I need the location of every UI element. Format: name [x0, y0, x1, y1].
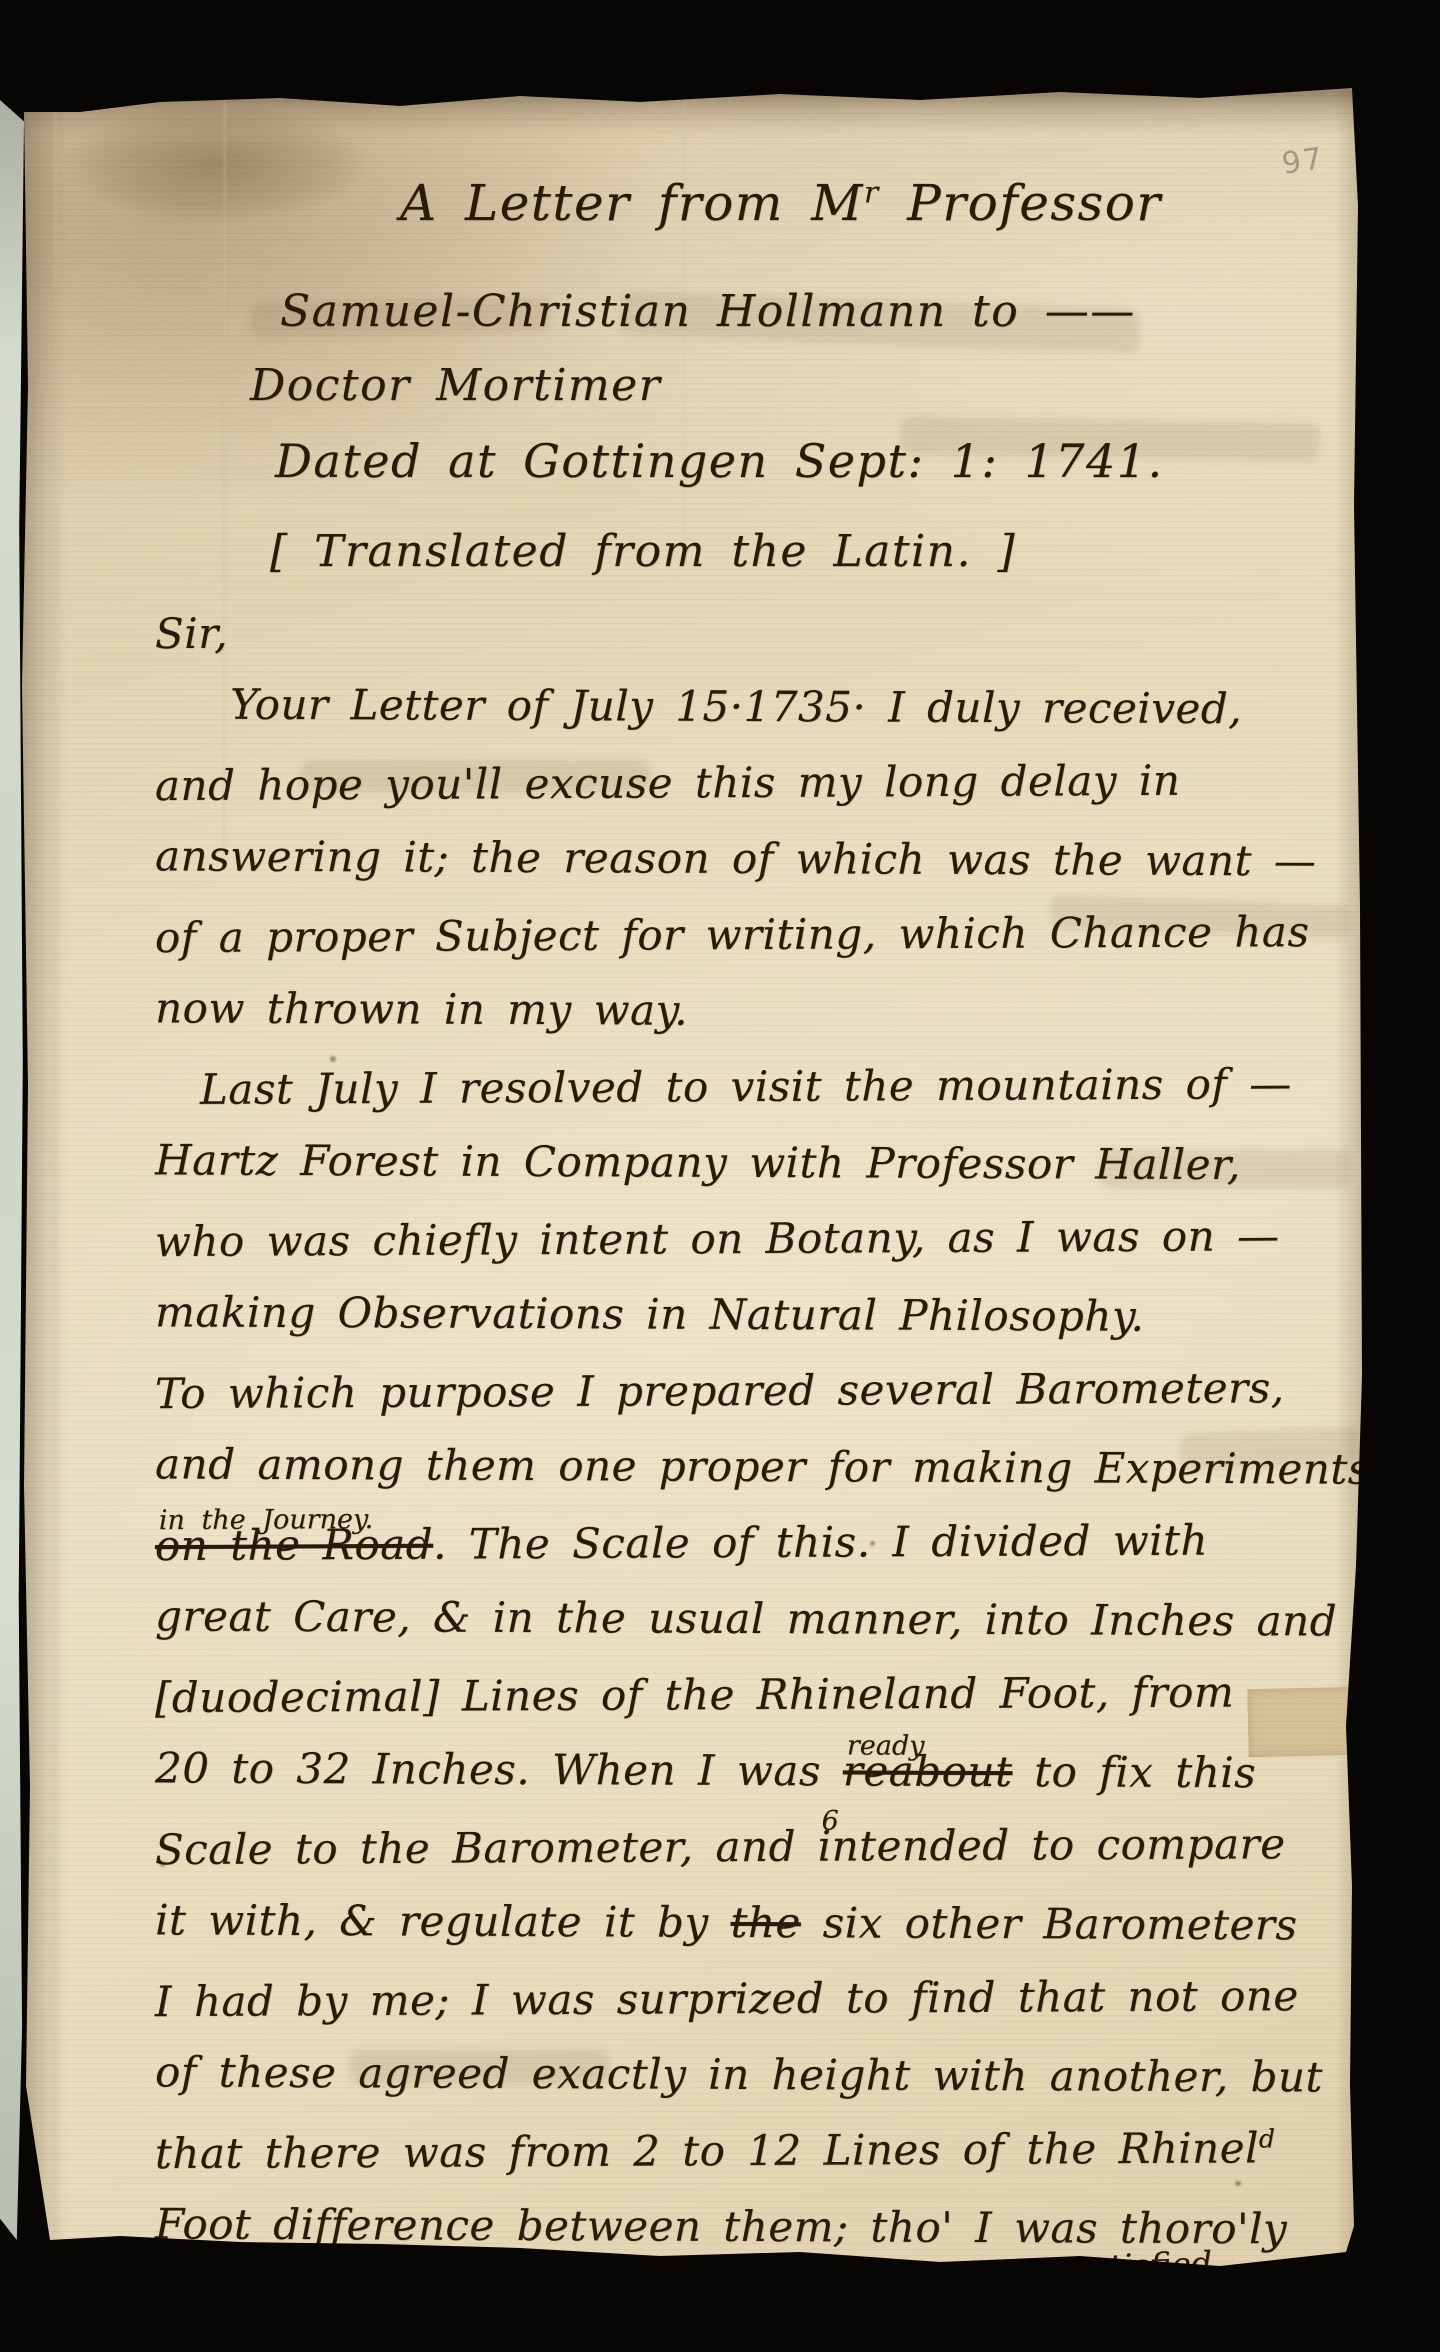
- manuscript-line: and hope you'll excuse this my long dela…: [155, 755, 1355, 837]
- manuscript-line: Last July I resolved to visit the mounta…: [155, 1059, 1355, 1141]
- manuscript-line: Foot difference between them; tho' I was…: [155, 2199, 1355, 2280]
- manuscript-line: To which purpose I prepared several Baro…: [155, 1363, 1355, 1445]
- manuscript-line: now thrown in my way.: [155, 983, 1355, 1064]
- gutter-shadow: [20, 86, 68, 2276]
- catchword: satisfied: [1071, 2244, 1212, 2288]
- manuscript-line: of a proper Subject for writing, which C…: [155, 907, 1355, 989]
- manuscript-line: it with, & regulate it by the six other …: [155, 1895, 1355, 1976]
- manuscript-line: Scale to the Barometer, and 6intended to…: [155, 1819, 1355, 1901]
- pencil-folio-number: 97: [1280, 141, 1327, 182]
- manuscript-line: answering it; the reason of which was th…: [155, 831, 1355, 912]
- manuscript-line: [duodecimal] Lines of the Rhineland Foot…: [155, 1667, 1355, 1749]
- manuscript-line: making Observations in Natural Philosoph…: [155, 1287, 1355, 1368]
- manuscript-line: A Letter from Mr Professor: [250, 174, 1164, 286]
- manuscript-line: 20 to 32 Inches. When I was readyreabout…: [155, 1743, 1355, 1824]
- left-edge-crease: [54, 86, 57, 2276]
- manuscript-line: of these agreed exactly in height with a…: [155, 2047, 1355, 2128]
- interlined-correction: in the Journey.: [159, 1504, 374, 1536]
- letter-body: Sir,Your Letter of July 15·1735· I duly …: [155, 606, 1355, 2278]
- manuscript-line: that there was from 2 to 12 Lines of the…: [155, 2123, 1355, 2205]
- manuscript-page: 97 A Letter from Mr ProfessorSamuel-Chri…: [20, 86, 1362, 2276]
- interlined-correction: ready: [847, 1730, 925, 1761]
- manuscript-line: great Care, & in the usual manner, into …: [155, 1591, 1355, 1672]
- photograph-background: { "page": { "folio_number": "97", "headi…: [0, 0, 1440, 2352]
- manuscript-line: I had by me; I was surprized to find tha…: [155, 1971, 1355, 2053]
- manuscript-line: in the Journey.on the Road. The Scale of…: [155, 1515, 1355, 1597]
- manuscript-line: who was chiefly intent on Botany, as I w…: [155, 1211, 1355, 1293]
- letter-heading: A Letter from Mr ProfessorSamuel-Christi…: [250, 174, 1164, 622]
- interlined-correction: 6: [822, 1805, 839, 1836]
- underlying-page-edge: [0, 100, 24, 2240]
- manuscript-line: Dated at Gottingen Sept: 1: 1741.: [250, 434, 1164, 526]
- manuscript-line: Samuel-Christian Hollmann to ——: [250, 286, 1164, 360]
- manuscript-line: Hartz Forest in Company with Professor H…: [155, 1135, 1355, 1216]
- manuscript-line: Doctor Mortimer: [250, 360, 1164, 434]
- manuscript-line: Your Letter of July 15·1735· I duly rece…: [155, 679, 1355, 760]
- manuscript-line: Sir,: [155, 603, 1355, 685]
